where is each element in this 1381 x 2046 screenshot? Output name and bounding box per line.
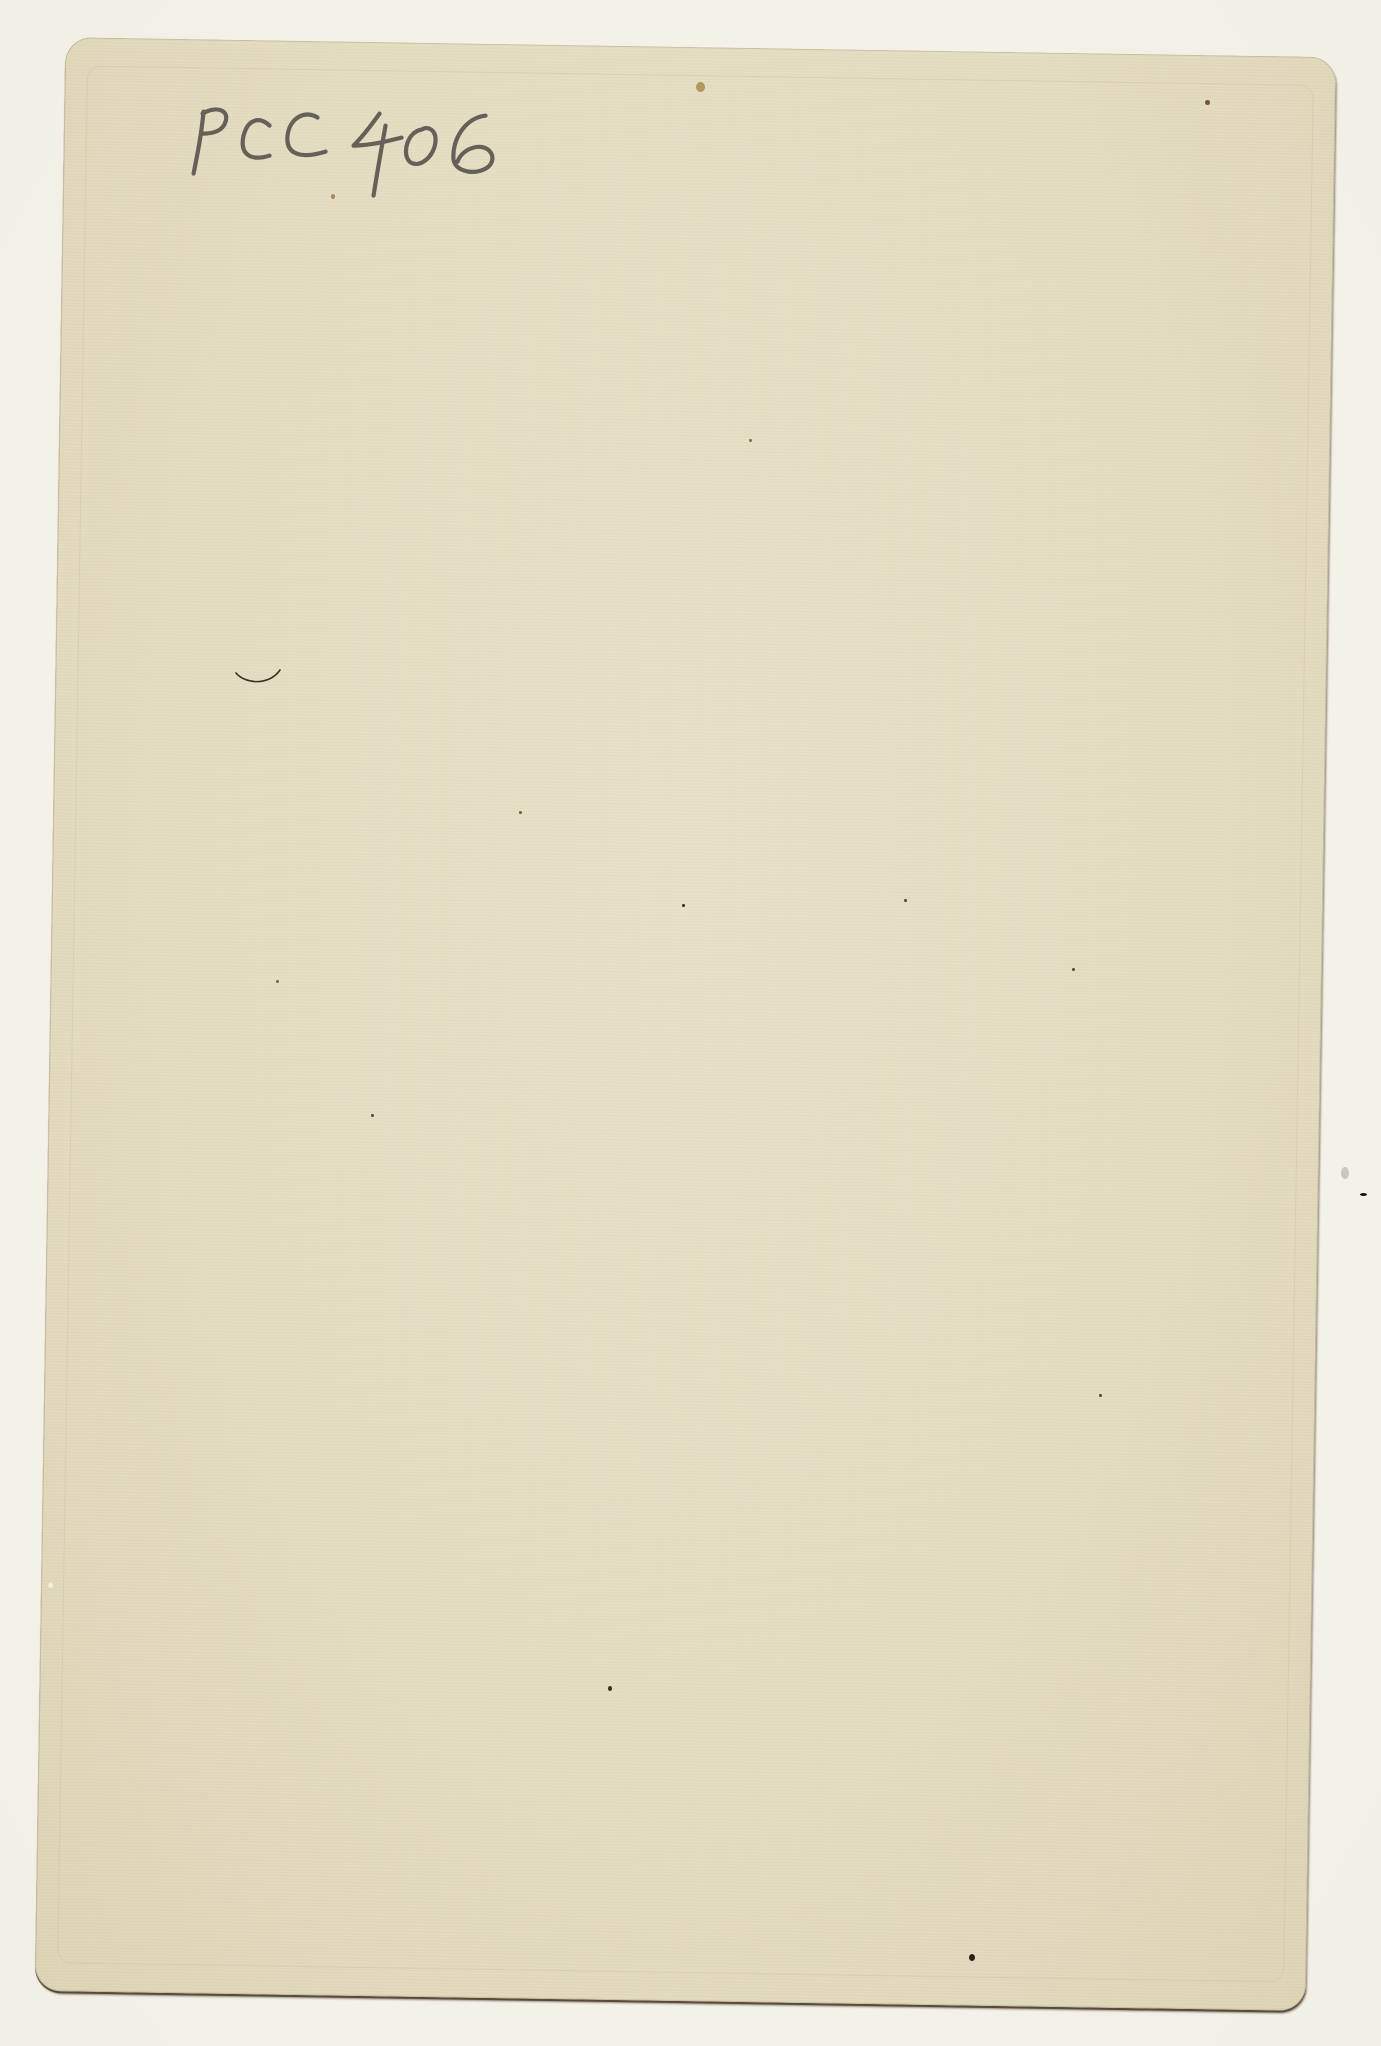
pencil-inscription: PCC 406 — [190, 104, 510, 214]
mid-speck-4 — [904, 899, 907, 902]
top-spot — [696, 82, 705, 92]
top-right-speck — [1205, 100, 1210, 106]
low-speck-1 — [608, 1686, 612, 1691]
mid-speck-7 — [1099, 1394, 1102, 1397]
right-smudge — [1341, 1167, 1349, 1179]
bottom-dot — [969, 1954, 975, 1961]
mid-speck-6 — [276, 980, 279, 983]
curved-fiber-mark — [235, 668, 281, 686]
mid-speck-2 — [749, 439, 752, 442]
mid-speck-3 — [519, 811, 522, 814]
card-back: PCC 406 — [35, 37, 1337, 2011]
left-nick — [48, 1583, 53, 1589]
low-speck-2 — [371, 1114, 374, 1117]
inscription-text: PCC 406 — [190, 104, 194, 105]
mid-speck-1 — [682, 904, 685, 907]
right-black-dash — [1360, 1193, 1367, 1196]
mid-speck-5 — [1072, 968, 1075, 971]
handwriting-glyphs — [190, 104, 510, 214]
under-inscription-speck — [331, 194, 335, 199]
